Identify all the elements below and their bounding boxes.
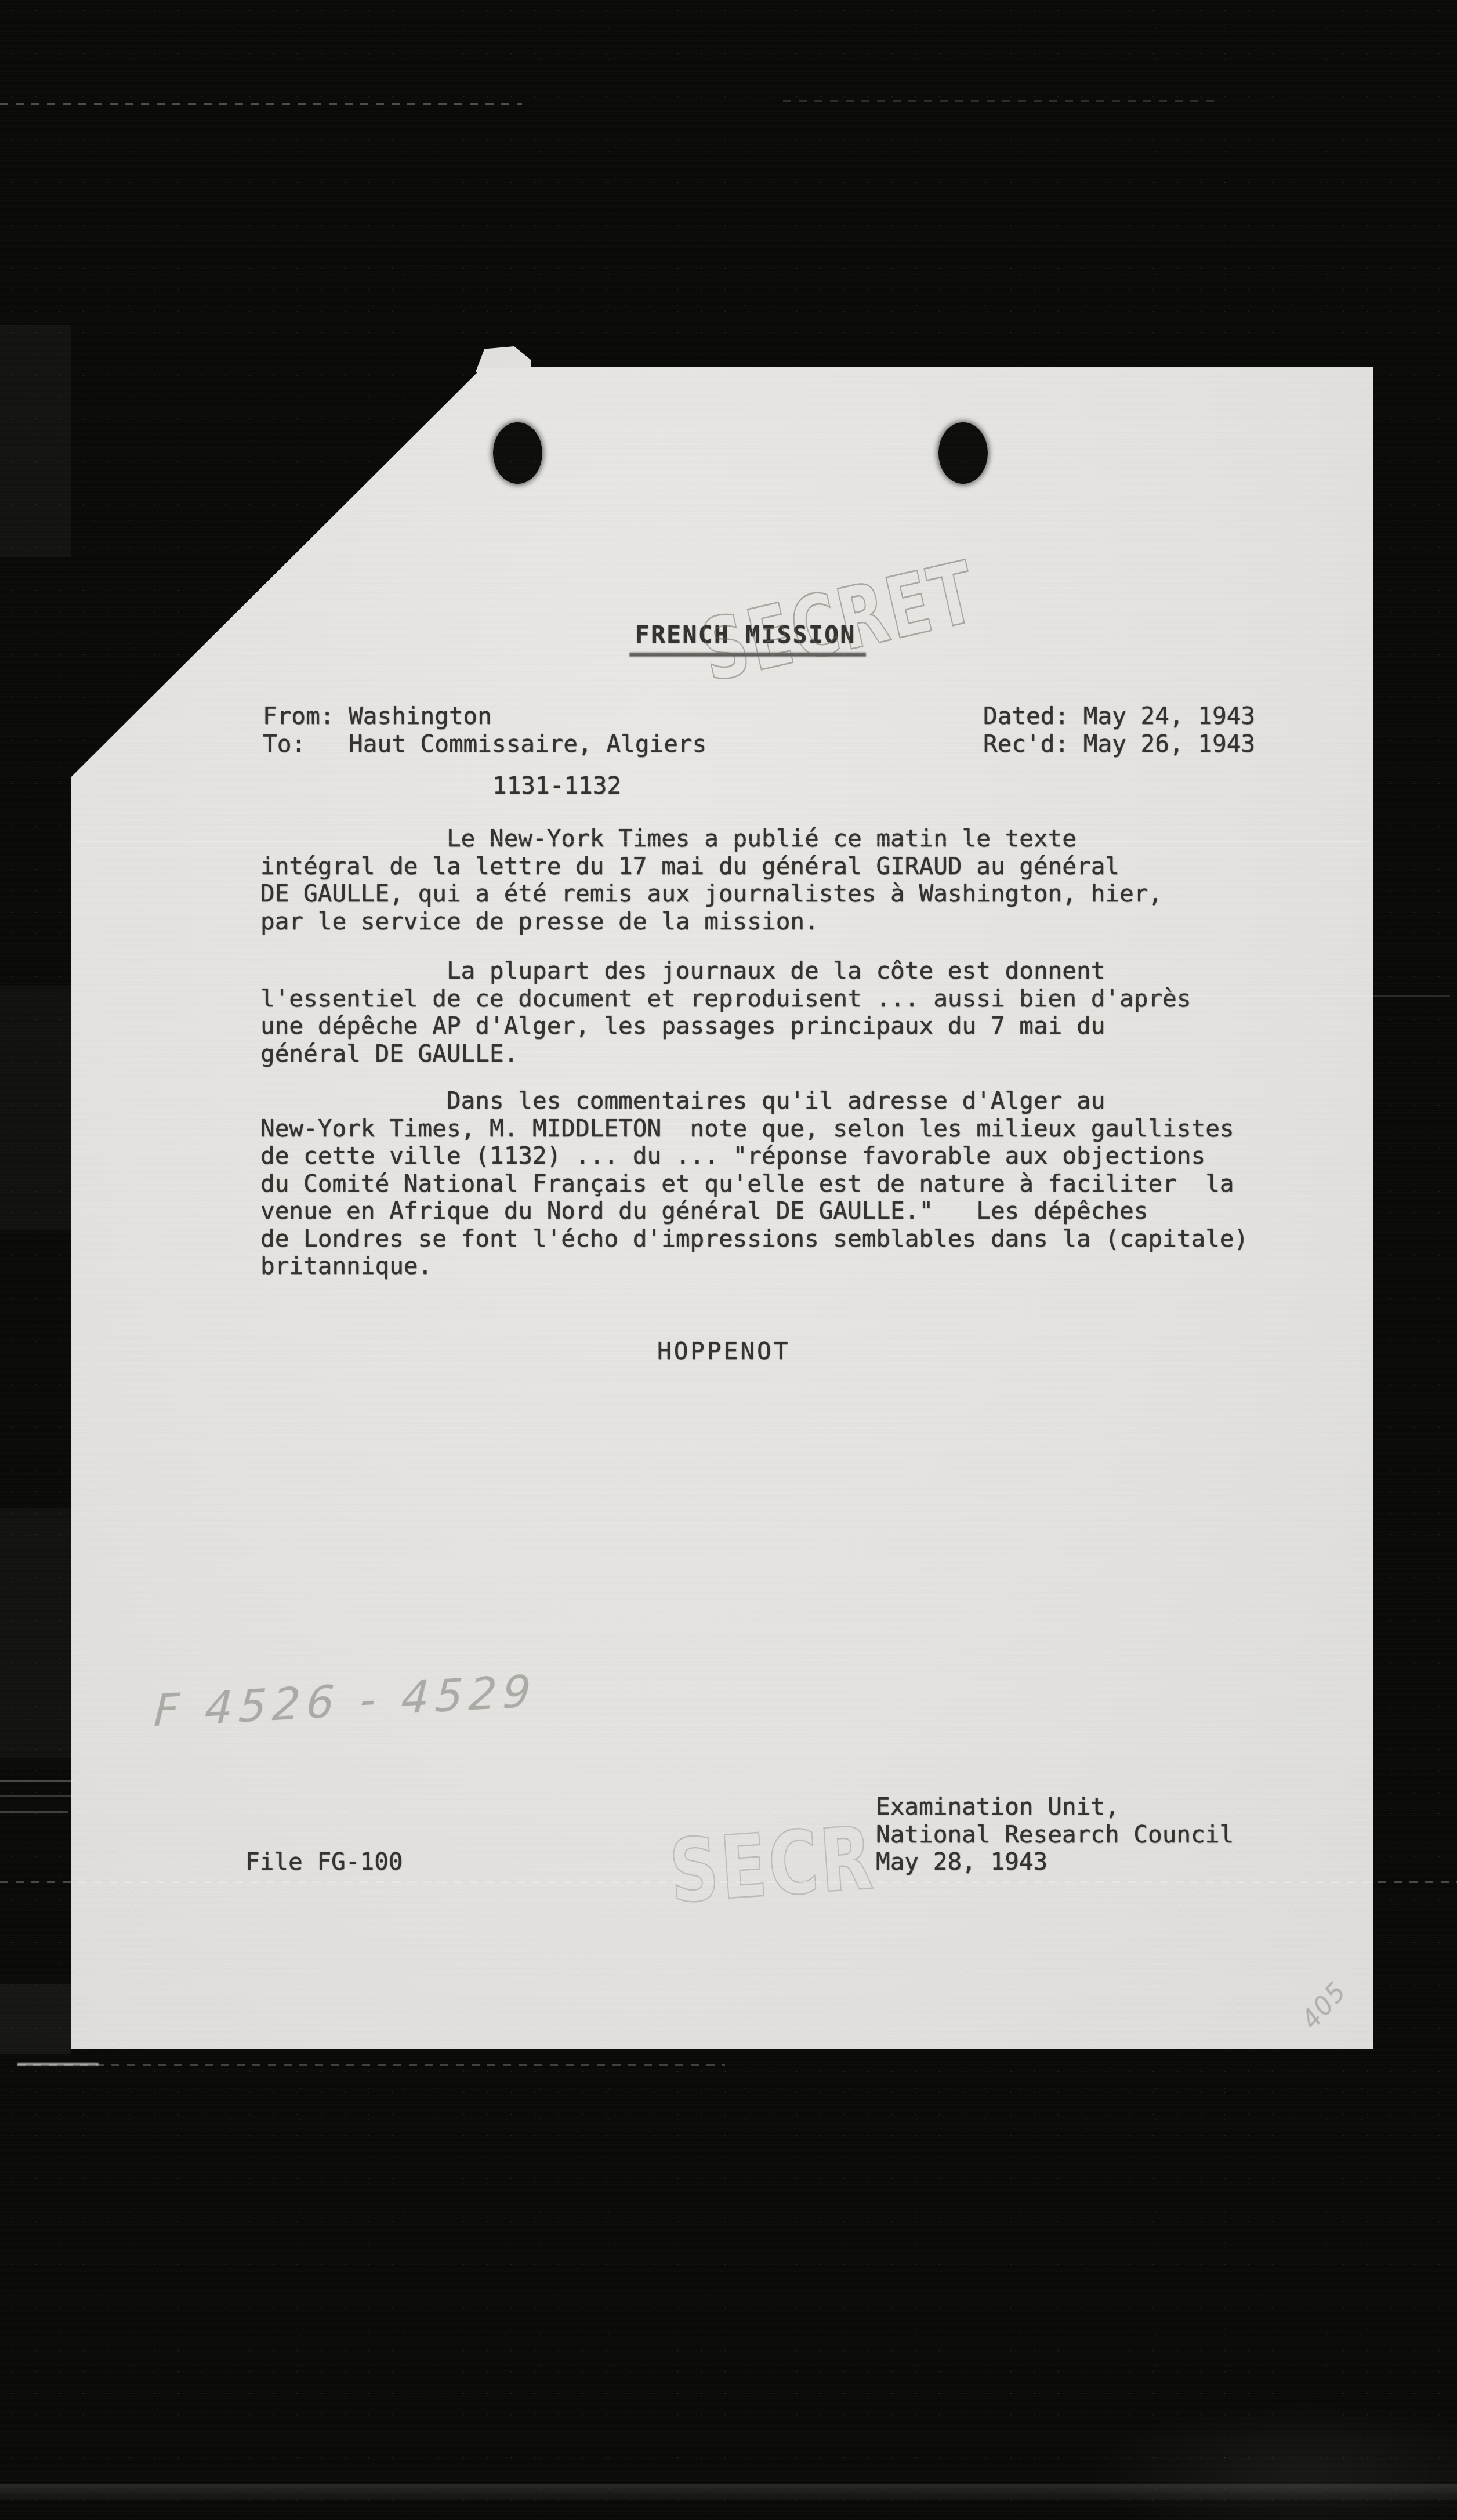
film-scratch <box>17 2064 725 2066</box>
from-to-block: From: Washington To: Haut Commissaire, A… <box>263 703 706 758</box>
film-edge-band <box>0 986 71 1230</box>
date-block: Dated: May 24, 1943 Rec'd: May 26, 1943 <box>983 703 1255 758</box>
paragraph-2: La plupart des journaux de la côte est d… <box>260 957 1191 1067</box>
microfilm-scan: FRENCH MISSION From: Washington To: Haut… <box>0 0 1457 2520</box>
film-scratch <box>0 1780 73 1782</box>
received-line: Rec'd: May 26, 1943 <box>983 730 1255 758</box>
paragraph-3: Dans les commentaires qu'il adresse d'Al… <box>260 1087 1248 1280</box>
file-reference: File FG-100 <box>245 1848 403 1876</box>
signature: HOPPENOT <box>657 1338 790 1366</box>
film-edge-band <box>0 325 71 557</box>
film-scratch <box>17 2063 99 2066</box>
paragraph-1: Le New-York Times a publié ce matin le t… <box>260 825 1162 935</box>
film-edge-band <box>0 1984 71 2054</box>
telegram-number: 1131-1132 <box>492 772 621 800</box>
punch-hole-right <box>938 422 988 484</box>
film-edge-band <box>0 1508 71 1758</box>
film-scratch <box>0 103 522 105</box>
dated-line: Dated: May 24, 1943 <box>983 702 1255 730</box>
to-line: To: Haut Commissaire, Algiers <box>263 730 706 758</box>
film-exposure-band <box>0 2484 1457 2500</box>
punch-hole-left <box>493 422 542 484</box>
from-line: From: Washington <box>263 702 492 730</box>
film-scratch <box>0 1795 73 1797</box>
examination-unit-block: Examination Unit, National Research Coun… <box>876 1793 1234 1876</box>
examination-unit-line: Examination Unit, <box>876 1793 1119 1820</box>
film-scratch <box>783 100 1218 102</box>
footer-date-line: May 28, 1943 <box>876 1848 1048 1875</box>
film-mottle <box>1073 2402 1457 2520</box>
research-council-line: National Research Council <box>876 1820 1234 1848</box>
film-scratch <box>0 1811 68 1813</box>
secret-stamp-bottom: SECR <box>667 1815 877 1916</box>
